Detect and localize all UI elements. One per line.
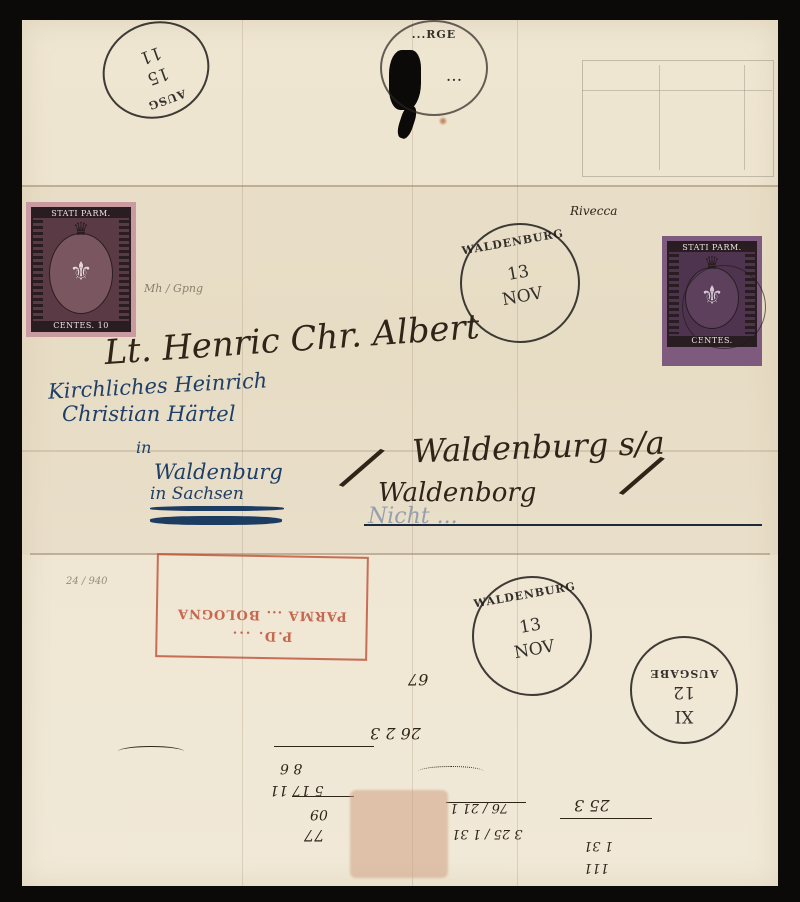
red-transit-handstamp: P.D. ... PARMA ... BOLOGNA xyxy=(155,553,369,661)
red-handstamp-line2: PARMA ... BOLOGNA xyxy=(158,605,366,624)
letter-sheet: STATI PARM. ♛ ⚜ CENTES. 10 STATI PARM. ♛… xyxy=(22,20,778,886)
pencil-ledger-divider xyxy=(582,90,772,91)
stamp-border-right xyxy=(119,220,129,319)
faint-arc xyxy=(418,766,484,777)
calc-divider xyxy=(274,746,374,747)
strike-through-line xyxy=(364,524,762,526)
postmark-ausgabe-bottom-right: AUSGABE 12 XI xyxy=(630,636,738,744)
calc-number: 25 3 xyxy=(574,796,610,815)
annotation-top-right: Rivecca xyxy=(570,204,617,218)
calc-number: 111 xyxy=(584,860,609,875)
calc-number: 09 xyxy=(310,806,328,822)
stamp-cancel-circle xyxy=(682,265,766,349)
postmark-top-center: ...RGE ... xyxy=(380,20,488,116)
pencil-ledger-divider xyxy=(744,65,745,170)
stamp-bottom-text: CENTES. 10 xyxy=(33,321,129,330)
stamp-border-left xyxy=(669,254,679,334)
postmark-waldenburg-bottom: WALDENBURG 13 NOV xyxy=(462,566,601,705)
calc-number: 8 6 xyxy=(280,760,302,776)
fold-vertical-1 xyxy=(242,20,243,886)
sender-line-2: Christian Härtel xyxy=(62,402,235,426)
fleur-de-lis-icon: ⚜ xyxy=(69,257,92,287)
calc-divider xyxy=(292,796,354,797)
calc-number: 67 xyxy=(408,670,428,689)
calc-number: 1 31 xyxy=(584,838,613,853)
postmark-ausg-top-left: AUSG 15 11 xyxy=(89,6,223,133)
stamp-top-text: STATI PARM. xyxy=(669,243,755,252)
fold-crease-bottom xyxy=(30,553,770,555)
crown-icon: ♛ xyxy=(73,219,89,240)
blue-ink-underline xyxy=(150,506,284,511)
sender-line-4: Waldenburg xyxy=(154,460,283,484)
calc-number: 77 xyxy=(304,826,324,845)
faint-arc xyxy=(118,746,184,757)
calc-number: 3 25 / 1 31 xyxy=(452,826,523,841)
sender-line-3: in xyxy=(136,438,151,457)
annotation-left-stamp: Mh / Gpng xyxy=(144,282,203,295)
stamp-border-left xyxy=(33,220,43,319)
calc-divider xyxy=(446,802,526,803)
pencil-note-left: 24 / 940 xyxy=(66,576,108,587)
pencil-ledger-divider xyxy=(659,65,660,170)
sender-line-5: in Sachsen xyxy=(150,484,244,504)
pencil-ledger-box xyxy=(582,60,774,177)
rust-spot xyxy=(440,118,446,124)
calc-divider xyxy=(560,818,652,819)
calc-number: 26 2 3 xyxy=(370,724,421,743)
fold-crease-top xyxy=(22,185,778,187)
blue-ink-underline xyxy=(150,516,282,525)
paper-stain xyxy=(350,790,448,878)
red-handstamp-line1: P.D. ... xyxy=(157,626,365,645)
stamp-top-text: STATI PARM. xyxy=(33,209,129,218)
stamp-left: STATI PARM. ♛ ⚜ CENTES. 10 xyxy=(26,202,136,337)
